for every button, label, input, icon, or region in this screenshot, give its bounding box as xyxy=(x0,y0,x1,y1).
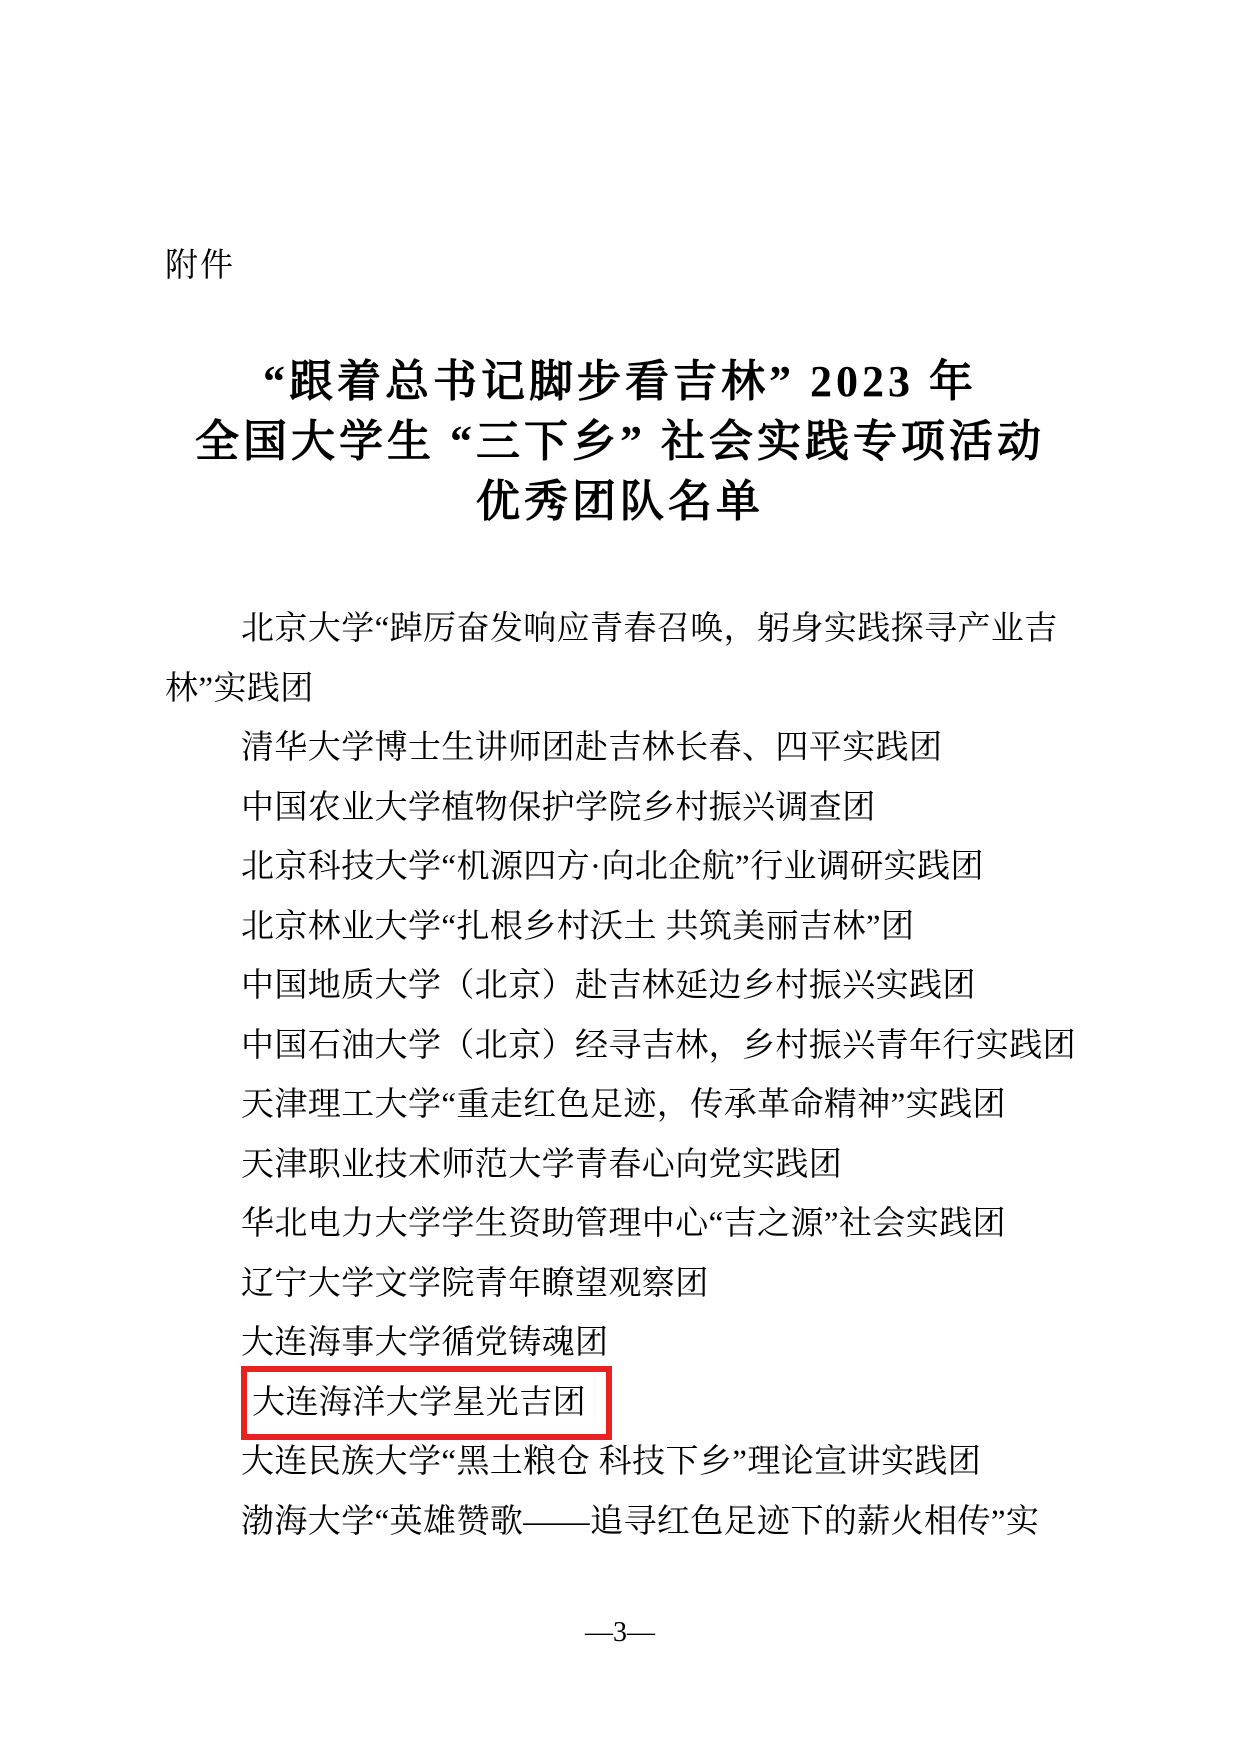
attachment-label: 附件 xyxy=(165,247,235,283)
team-list-item: 中国石油大学（北京）经寻吉林，乡村振兴青年行实践团 xyxy=(165,1017,1077,1077)
title-line-3: 优秀团队名单 xyxy=(0,472,1240,532)
title-line-2: 全国大学生 “三下乡” 社会实践专项活动 xyxy=(0,412,1240,472)
team-name: 辽宁大学文学院青年瞭望观察团 xyxy=(241,1266,709,1302)
page-number: —3— xyxy=(0,1616,1240,1650)
team-list-item: 北京林业大学“扎根乡村沃土 共筑美丽吉林”团 xyxy=(165,898,1077,958)
team-name: 北京林业大学“扎根乡村沃土 共筑美丽吉林”团 xyxy=(241,909,914,945)
highlight-box: 大连海洋大学星光吉团 xyxy=(241,1366,612,1440)
team-name: 渤海大学“英雄赞歌——追寻红色足迹下的薪火相传”实 xyxy=(241,1504,1039,1540)
team-name: 中国农业大学植物保护学院乡村振兴调查团 xyxy=(241,790,876,826)
team-name: 天津职业技术师范大学青春心向党实践团 xyxy=(241,1147,842,1183)
team-list-item: 中国农业大学植物保护学院乡村振兴调查团 xyxy=(165,779,1077,839)
team-list-item: 中国地质大学（北京）赴吉林延边乡村振兴实践团 xyxy=(165,957,1077,1017)
team-list-item: 华北电力大学学生资助管理中心“吉之源”社会实践团 xyxy=(165,1195,1077,1255)
team-name: 天津理工大学“重走红色足迹，传承革命精神”实践团 xyxy=(241,1087,1006,1123)
team-name: 大连民族大学“黑土粮仓 科技下乡”理论宣讲实践团 xyxy=(241,1444,981,1480)
team-list-item: 天津职业技术师范大学青春心向党实践团 xyxy=(165,1136,1077,1196)
team-name: 清华大学博士生讲师团赴吉林长春、四平实践团 xyxy=(241,730,942,766)
team-list-item: 大连海事大学循党铸魂团 xyxy=(165,1314,1077,1374)
team-list-item: 清华大学博士生讲师团赴吉林长春、四平实践团 xyxy=(165,719,1077,779)
team-name: 北京科技大学“机源四方·向北企航”行业调研实践团 xyxy=(241,849,984,885)
team-list-item: 北京科技大学“机源四方·向北企航”行业调研实践团 xyxy=(165,838,1077,898)
title-line-1: “跟着总书记脚步看吉林” 2023 年 xyxy=(0,352,1240,412)
team-list-item: 天津理工大学“重走红色足迹，传承革命精神”实践团 xyxy=(165,1076,1077,1136)
team-list-item: 北京大学“踔厉奋发响应青春召唤，躬身实践探寻产业吉林”实践团 xyxy=(165,600,1077,719)
team-name: 北京大学“踔厉奋发响应青春召唤，躬身实践探寻产业吉林”实践团 xyxy=(165,611,1058,707)
team-list-item: 大连海洋大学星光吉团 xyxy=(165,1374,1077,1434)
document-page: 附件 “跟着总书记脚步看吉林” 2023 年 全国大学生 “三下乡” 社会实践专… xyxy=(0,0,1240,1753)
team-list-item: 辽宁大学文学院青年瞭望观察团 xyxy=(165,1255,1077,1315)
team-name: 华北电力大学学生资助管理中心“吉之源”社会实践团 xyxy=(241,1206,1006,1242)
team-name: 中国石油大学（北京）经寻吉林，乡村振兴青年行实践团 xyxy=(241,1028,1076,1064)
team-name: 中国地质大学（北京）赴吉林延边乡村振兴实践团 xyxy=(241,968,976,1004)
team-list-item: 大连民族大学“黑土粮仓 科技下乡”理论宣讲实践团 xyxy=(165,1433,1077,1493)
document-title: “跟着总书记脚步看吉林” 2023 年 全国大学生 “三下乡” 社会实践专项活动… xyxy=(0,352,1240,532)
team-list: 北京大学“踔厉奋发响应青春召唤，躬身实践探寻产业吉林”实践团 清华大学博士生讲师… xyxy=(165,600,1077,1552)
team-list-item: 渤海大学“英雄赞歌——追寻红色足迹下的薪火相传”实 xyxy=(165,1493,1077,1553)
team-name: 大连海事大学循党铸魂团 xyxy=(241,1325,608,1361)
